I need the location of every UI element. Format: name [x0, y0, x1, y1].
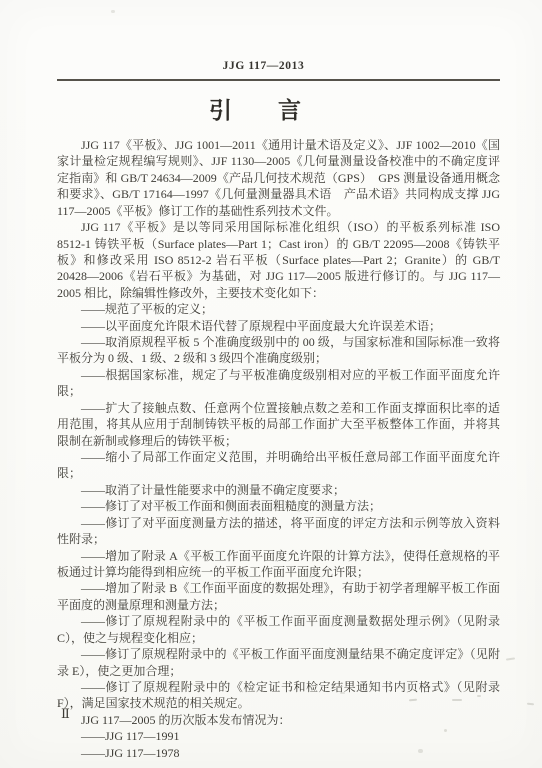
paragraph: ——取消原规程平板 5 个准确度级别中的 00 级，与国家标准和国际标准一致将平… [57, 334, 500, 367]
scan-speck [527, 703, 534, 706]
paragraph: ——缩小了局部工作面定义范围，并明确给出平板任意局部工作面平面度允许限； [57, 449, 500, 482]
scan-speck [506, 657, 515, 660]
paragraph: JJG 117《平板》、JJG 1001—2011《通用计量术语及定义》、JJF… [57, 137, 500, 219]
paragraph: ——JJG 117—1978 [57, 745, 500, 761]
paragraph: ——JJG 117—1991 [57, 728, 500, 744]
paragraph: ——增加了附录 A《平板工作面平面度允许限的计算方法》，使得任意规格的平板通过计… [57, 548, 500, 581]
document-body: JJG 117《平板》、JJG 1001—2011《通用计量术语及定义》、JJF… [57, 137, 500, 761]
paragraph: ——修订了原规程附录中的《平板工作面平面度测量数据处理示例》（见附录 C），使之… [57, 613, 500, 646]
paragraph: ——修订了对平面度测量方法的描述，将平面度的评定方法和示例等放入资料性附录； [57, 515, 500, 548]
paragraph: ——以平面度允许限术语代替了原规程中平面度最大允许误差术语； [57, 318, 500, 334]
page-title: 引 言 [0, 92, 510, 125]
paragraph: ——扩大了接触点数、任意两个位置接触点数之差和工作面支撑面积比率的适用范围，将其… [57, 400, 500, 449]
paragraph: JJG 117—2005 的历次版本发布情况为： [57, 712, 500, 728]
scan-speck [111, 10, 115, 13]
paragraph: ——取消了计量性能要求中的测量不确定度要求； [57, 482, 500, 498]
running-header: JJG 117—2013 [0, 60, 527, 72]
paragraph: JJG 117《平板》是以等同采用国际标准化组织（ISO）的平板系列标准 ISO… [57, 219, 500, 301]
paragraph: ——规范了平板的定义； [57, 301, 500, 317]
paragraph: ——修订了原规程附录中的《检定证书和检定结果通知书内页格式》（见附录 F），满足… [57, 679, 500, 712]
paragraph: ——增加了附录 B《工作面平面度的数据处理》，有助于初学者理解平板工作面平面度的… [57, 580, 500, 613]
scanned-document-page: JJG 117—2013 引 言 JJG 117《平板》、JJG 1001—20… [0, 0, 542, 768]
paragraph: ——修订了原规程附录中的《平板工作面平面度测量结果不确定度评定》（见附录 E），… [57, 646, 500, 679]
paragraph: ——根据国家标准，规定了与平板准确度级别相对应的平板工作面平面度允许限； [57, 367, 500, 400]
page-number: Ⅱ [61, 706, 70, 722]
header-rule [57, 79, 500, 81]
paragraph: ——修订了对平板工作面和侧面表面粗糙度的测量方法； [57, 498, 500, 514]
